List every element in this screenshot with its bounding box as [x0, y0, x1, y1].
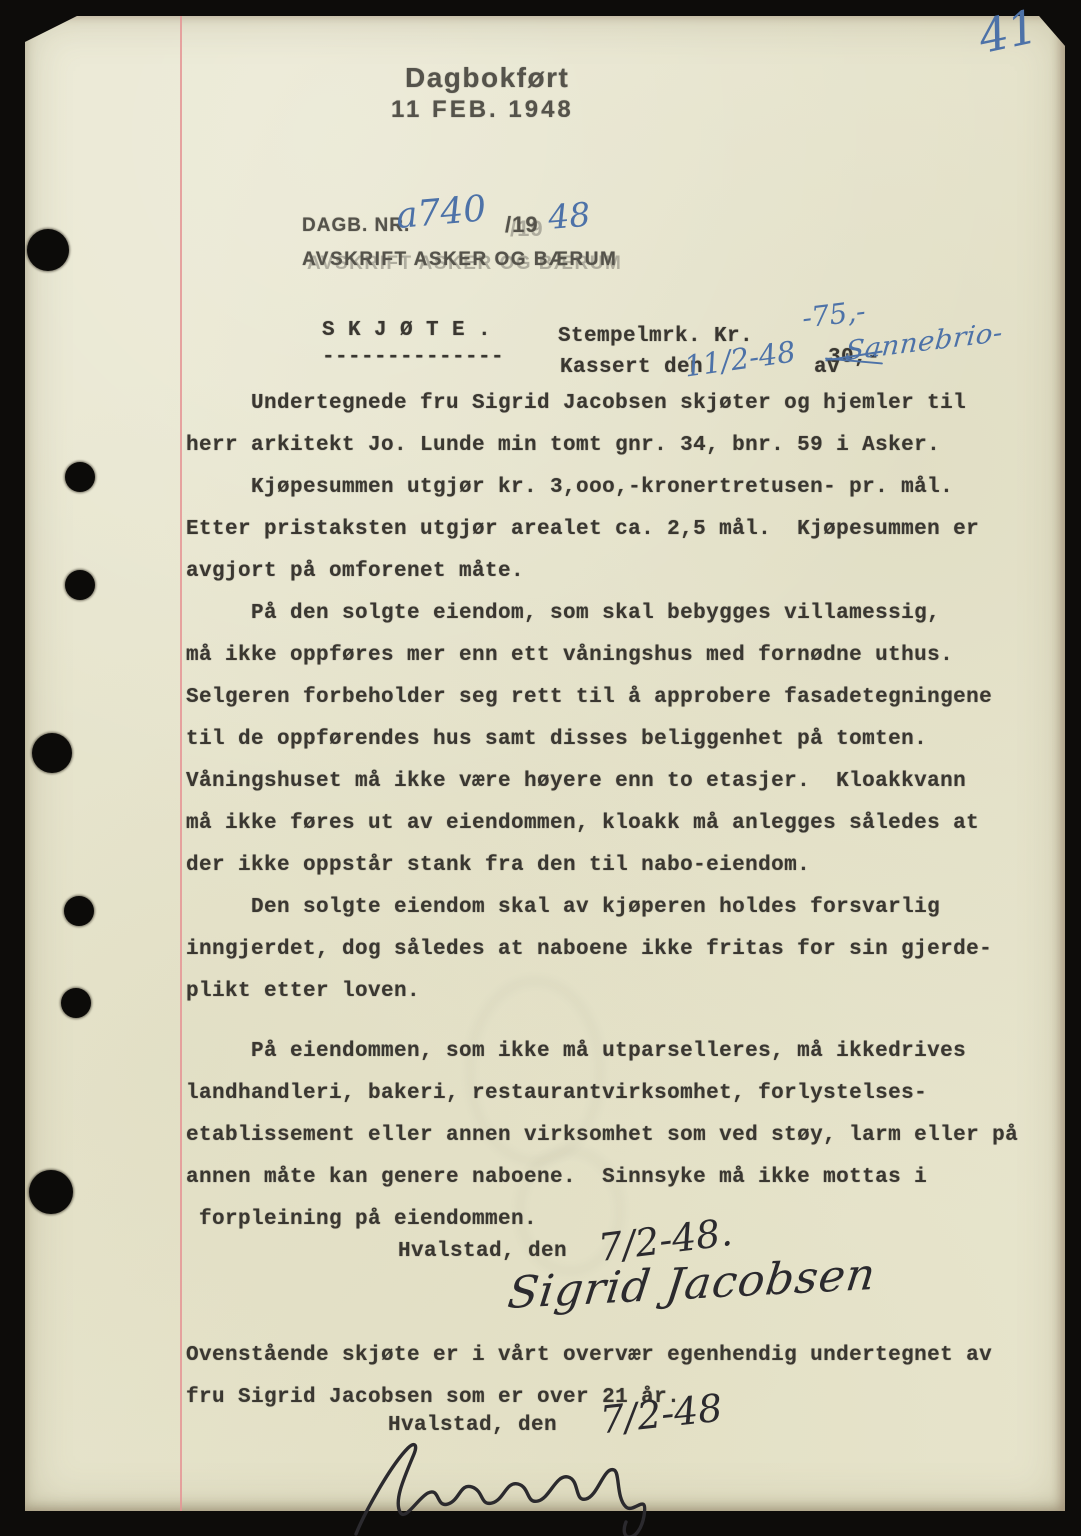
body-line: landhandleri, bakeri, restaurantvirksomh… — [186, 1073, 1018, 1115]
journal-year-handwritten: 48 — [547, 194, 592, 237]
attestation-line-1: Ovenstående skjøte er i vårt overvær ege… — [186, 1344, 992, 1367]
body-line: herr arkitekt Jo. Lunde min tomt gnr. 34… — [186, 425, 1018, 467]
place-date-line-1: Hvalstad, den — [398, 1240, 567, 1263]
body-line: Den solgte eiendom skal av kjøperen hold… — [186, 887, 1018, 929]
body-line: På eiendommen, som ikke må utparselleres… — [186, 1031, 1018, 1073]
body-line: må ikke oppføres mer enn ett våningshus … — [186, 635, 1018, 677]
body-line: der ikke oppstår stank fra den til nabo-… — [186, 845, 1018, 887]
body-line: annen måte kan genere naboene. Sinnsyke … — [186, 1157, 1018, 1199]
witness-signature-scribble — [350, 1436, 780, 1536]
body-line: Kjøpesummen utgjør kr. 3,ooo,-kronertret… — [186, 467, 1018, 509]
body-line: På den solgte eiendom, som skal bebygges… — [186, 593, 1018, 635]
dagbokfort-stamp-title: Dagbokført — [405, 62, 569, 94]
page-number: 41 — [974, 0, 1042, 64]
avskrift-stamp-line: AVSKRIFT ASKER OG BÆRUM — [302, 249, 617, 271]
kassert-label: Kassert den — [560, 356, 703, 379]
body-line: Etter pristaksten utgjør arealet ca. 2,5… — [186, 509, 1018, 551]
body-line: må ikke føres ut av eiendommen, kloakk m… — [186, 803, 1018, 845]
av-label: av — [814, 356, 840, 379]
body-line: etablissement eller annen virksomhet som… — [186, 1115, 1018, 1157]
body-line: til de oppførendes hus samt disses belig… — [186, 719, 1018, 761]
body-line: Selgeren forbeholder seg rett til å appr… — [186, 677, 1018, 719]
body-line: Våningshuset må ikke være høyere enn to … — [186, 761, 1018, 803]
body-line: Undertegnede fru Sigrid Jacobsen skjøter… — [186, 383, 1018, 425]
deed-title-underline: -------------- — [322, 346, 504, 369]
body-line: avgjort på omforenet måte. — [186, 551, 1018, 593]
journal-number-handwritten: a740 — [394, 188, 487, 237]
body-line: plikt etter loven. — [186, 971, 1018, 1013]
deed-title: S K J Ø T E . — [322, 319, 491, 342]
dagbokfort-stamp-date: 11 FEB. 1948 — [391, 96, 574, 124]
deed-body-text: Undertegnede fru Sigrid Jacobsen skjøter… — [186, 383, 1018, 1241]
journal-number-stamp-label: DAGB. NR. — [302, 215, 410, 237]
body-line: inngjerdet, dog således at naboene ikke … — [186, 929, 1018, 971]
scanned-document-page: 41 Dagbokført 11 FEB. 1948 DAGB. NR. a74… — [0, 0, 1081, 1536]
page-content: 41 Dagbokført 11 FEB. 1948 DAGB. NR. a74… — [0, 0, 1081, 1536]
journal-year-printed: /19 — [505, 212, 539, 238]
place-date-line-2: Hvalstad, den — [388, 1414, 557, 1437]
